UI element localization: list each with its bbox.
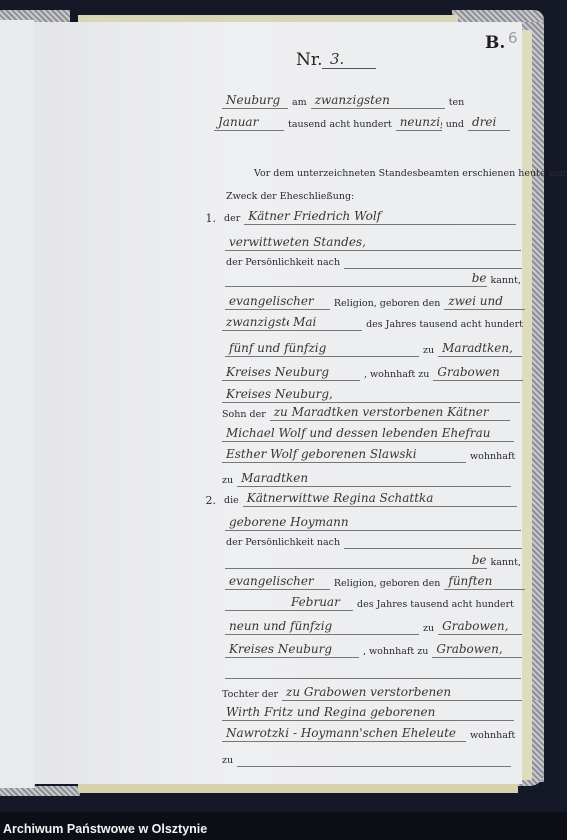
groom-parents-residence-field: Maradtken bbox=[237, 470, 511, 487]
bride-name-line-2: geborene Hoymann bbox=[225, 514, 525, 531]
groom-zu-label: zu bbox=[419, 345, 438, 357]
ten-label: ten bbox=[445, 97, 469, 109]
header-date-line-1: Neuburg am zwanzigsten ten bbox=[222, 92, 522, 109]
bride-birth-day-field: fünften bbox=[444, 573, 525, 590]
bride-article: die bbox=[220, 495, 243, 507]
bride-birth-place-field: Grabowen, bbox=[438, 618, 522, 635]
bride-birth-year-field: neun und fünfzig bbox=[225, 618, 419, 635]
bride-parents-line-2: Wirth Fritz und Regina geborenen bbox=[222, 704, 527, 721]
corner-mark: B. bbox=[485, 33, 505, 53]
groom-parent-prefix: Sohn der bbox=[222, 409, 270, 421]
bride-residence-field: Grabowen, bbox=[432, 641, 522, 658]
groom-birth-year-line: fünf und fünfzig zu Maradtken, bbox=[225, 340, 530, 357]
page-edge-bottom bbox=[78, 783, 518, 793]
am-label: am bbox=[288, 97, 311, 109]
intro-line-1: Vor dem unterzeichneten Standesbeamten e… bbox=[250, 168, 567, 180]
groom-name-field: Kätner Friedrich Wolf bbox=[244, 208, 516, 225]
bride-parents-field-2: Wirth Fritz und Regina geborenen bbox=[222, 704, 514, 721]
bride-parents-field-3: Nawrotzki - Hoymann'schen Eheleute bbox=[222, 725, 466, 742]
intro-line-2: Zweck der Eheschließung: bbox=[222, 191, 358, 203]
groom-name-line-2: verwittweten Standes, bbox=[225, 234, 525, 251]
bride-parents-zu-label: zu bbox=[222, 755, 237, 767]
groom-residence-field: Grabowen bbox=[433, 364, 523, 381]
intro-text-1: Vor dem unterzeichneten Standesbeamten e… bbox=[250, 168, 567, 180]
groom-parents-line-2: Michael Wolf und dessen lebenden Ehefrau bbox=[222, 425, 527, 442]
bride-identity-label: der Persönlichkeit nach bbox=[222, 537, 344, 549]
groom-parents-residence-label: wohnhaft bbox=[466, 451, 519, 463]
groom-status-field: verwittweten Standes, bbox=[225, 234, 521, 251]
groom-identity-line: der Persönlichkeit nach bbox=[222, 252, 522, 269]
bride-blank-field bbox=[225, 662, 521, 679]
bride-parents-field-1: zu Grabowen verstorbenen bbox=[282, 684, 522, 701]
groom-identity-label: der Persönlichkeit nach bbox=[222, 257, 344, 269]
bride-blank-line bbox=[225, 662, 530, 679]
groom-residence-district-field: Kreises Neuburg, bbox=[222, 386, 520, 403]
bride-birth-year-line: neun und fünfzig zu Grabowen, bbox=[225, 618, 530, 635]
bride-birth-month-line: Februar des Jahres tausend acht hundert bbox=[225, 594, 530, 611]
bride-zu-label: zu bbox=[419, 623, 438, 635]
bride-known-field: be bbox=[225, 552, 487, 569]
groom-birth-district-field: Kreises Neuburg bbox=[222, 364, 360, 381]
groom-parents-field-1: zu Maradtken verstorbenen Kätner bbox=[270, 404, 510, 421]
groom-birth-month-field: Mai bbox=[289, 314, 362, 331]
bride-parent-prefix: Tochter der bbox=[222, 689, 282, 701]
groom-parents-field-2: Michael Wolf und dessen lebenden Ehefrau bbox=[222, 425, 514, 442]
bride-maiden-name-field: geborene Hoymann bbox=[225, 514, 521, 531]
groom-parents-zu-label: zu bbox=[222, 475, 237, 487]
groom-birth-place-field: Maradtken, bbox=[438, 340, 522, 357]
bride-religion-line: evangelischer Religion, geboren den fünf… bbox=[225, 573, 525, 590]
groom-name-line-1: 1. der Kätner Friedrich Wolf bbox=[196, 208, 526, 225]
bride-religion-field: evangelischer bbox=[225, 573, 330, 590]
record-number-label: Nr. bbox=[296, 50, 323, 70]
decade-field: neunzig bbox=[396, 114, 442, 131]
groom-residence-district-line: Kreises Neuburg, bbox=[222, 386, 527, 403]
groom-parents-field-3: Esther Wolf geborenen Slawski bbox=[222, 446, 466, 463]
bride-residence-line: Kreises Neuburg , wohnhaft zu Grabowen, bbox=[225, 641, 530, 658]
bride-known-line: be kannt, bbox=[225, 552, 525, 569]
bride-name-field: Kätnerwittwe Regina Schattka bbox=[243, 490, 517, 507]
groom-religion-label: Religion, geboren den bbox=[330, 298, 444, 310]
bride-parents-line-3: Nawrotzki - Hoymann'schen Eheleute wohnh… bbox=[222, 725, 527, 742]
bride-name-line-1: 2. die Kätnerwittwe Regina Schattka bbox=[196, 490, 526, 507]
day-field: zwanzigsten bbox=[311, 92, 445, 109]
place-field: Neuburg bbox=[222, 92, 288, 109]
bride-number: 2. bbox=[196, 495, 220, 507]
groom-birth-day-field: zwei und bbox=[444, 293, 525, 310]
bride-year-label: des Jahres tausend acht hundert bbox=[353, 599, 518, 611]
bride-religion-label: Religion, geboren den bbox=[330, 578, 444, 590]
month-field: Januar bbox=[214, 114, 284, 131]
groom-residence-line: Kreises Neuburg , wohnhaft zu Grabowen bbox=[222, 364, 527, 381]
groom-identity-field bbox=[344, 252, 522, 269]
bride-identity-field bbox=[344, 532, 522, 549]
groom-known-field: be bbox=[225, 270, 487, 287]
groom-parents-residence-line: zu Maradtken bbox=[222, 470, 527, 487]
und-label: und bbox=[442, 119, 468, 131]
scan-background: B. 6 Nr. 3. Neuburg am zwanzigsten ten J… bbox=[0, 0, 567, 812]
tausend-label: tausend acht hundert bbox=[284, 119, 396, 131]
bride-birth-district-field: Kreises Neuburg bbox=[225, 641, 359, 658]
groom-known-line: be kannt, bbox=[225, 270, 525, 287]
bride-parents-residence-field bbox=[237, 750, 511, 767]
pencil-page-number: 6 bbox=[508, 29, 518, 47]
bride-parents-line-1: Tochter der zu Grabowen verstorbenen bbox=[222, 684, 527, 701]
groom-birth-day-2-field: zwanzigsten bbox=[222, 314, 289, 331]
groom-birth-year-field: fünf und fünfzig bbox=[225, 340, 419, 357]
groom-religion-line: evangelischer Religion, geboren den zwei… bbox=[225, 293, 525, 310]
year-unit-field: drei bbox=[468, 114, 510, 131]
groom-article: der bbox=[220, 213, 244, 225]
header-date-line-2: Januar tausend acht hundert neunzig und … bbox=[214, 114, 524, 131]
groom-birth-month-line: zwanzigsten Mai des Jahres tausend acht … bbox=[222, 314, 527, 331]
intro-text-2: Zweck der Eheschließung: bbox=[222, 191, 358, 203]
bride-parents-residence-line: zu bbox=[222, 750, 527, 767]
groom-residence-label: , wohnhaft zu bbox=[360, 369, 433, 381]
archive-watermark: Archiwum Państwowe w Olsztynie bbox=[3, 822, 207, 836]
bride-birth-month-field: Februar bbox=[225, 594, 353, 611]
groom-religion-field: evangelischer bbox=[225, 293, 330, 310]
bride-known-label: kannt, bbox=[487, 557, 526, 569]
bride-parents-residence-label: wohnhaft bbox=[466, 730, 519, 742]
groom-known-label: kannt, bbox=[487, 275, 526, 287]
groom-number: 1. bbox=[196, 213, 220, 225]
left-page-leaf bbox=[0, 20, 35, 788]
bride-identity-line: der Persönlichkeit nach bbox=[222, 532, 522, 549]
record-number-value: 3. bbox=[322, 50, 376, 69]
groom-parents-line-1: Sohn der zu Maradtken verstorbenen Kätne… bbox=[222, 404, 527, 421]
bride-residence-label: , wohnhaft zu bbox=[359, 646, 432, 658]
groom-parents-line-3: Esther Wolf geborenen Slawski wohnhaft bbox=[222, 446, 527, 463]
groom-year-label: des Jahres tausend acht hundert bbox=[362, 319, 527, 331]
